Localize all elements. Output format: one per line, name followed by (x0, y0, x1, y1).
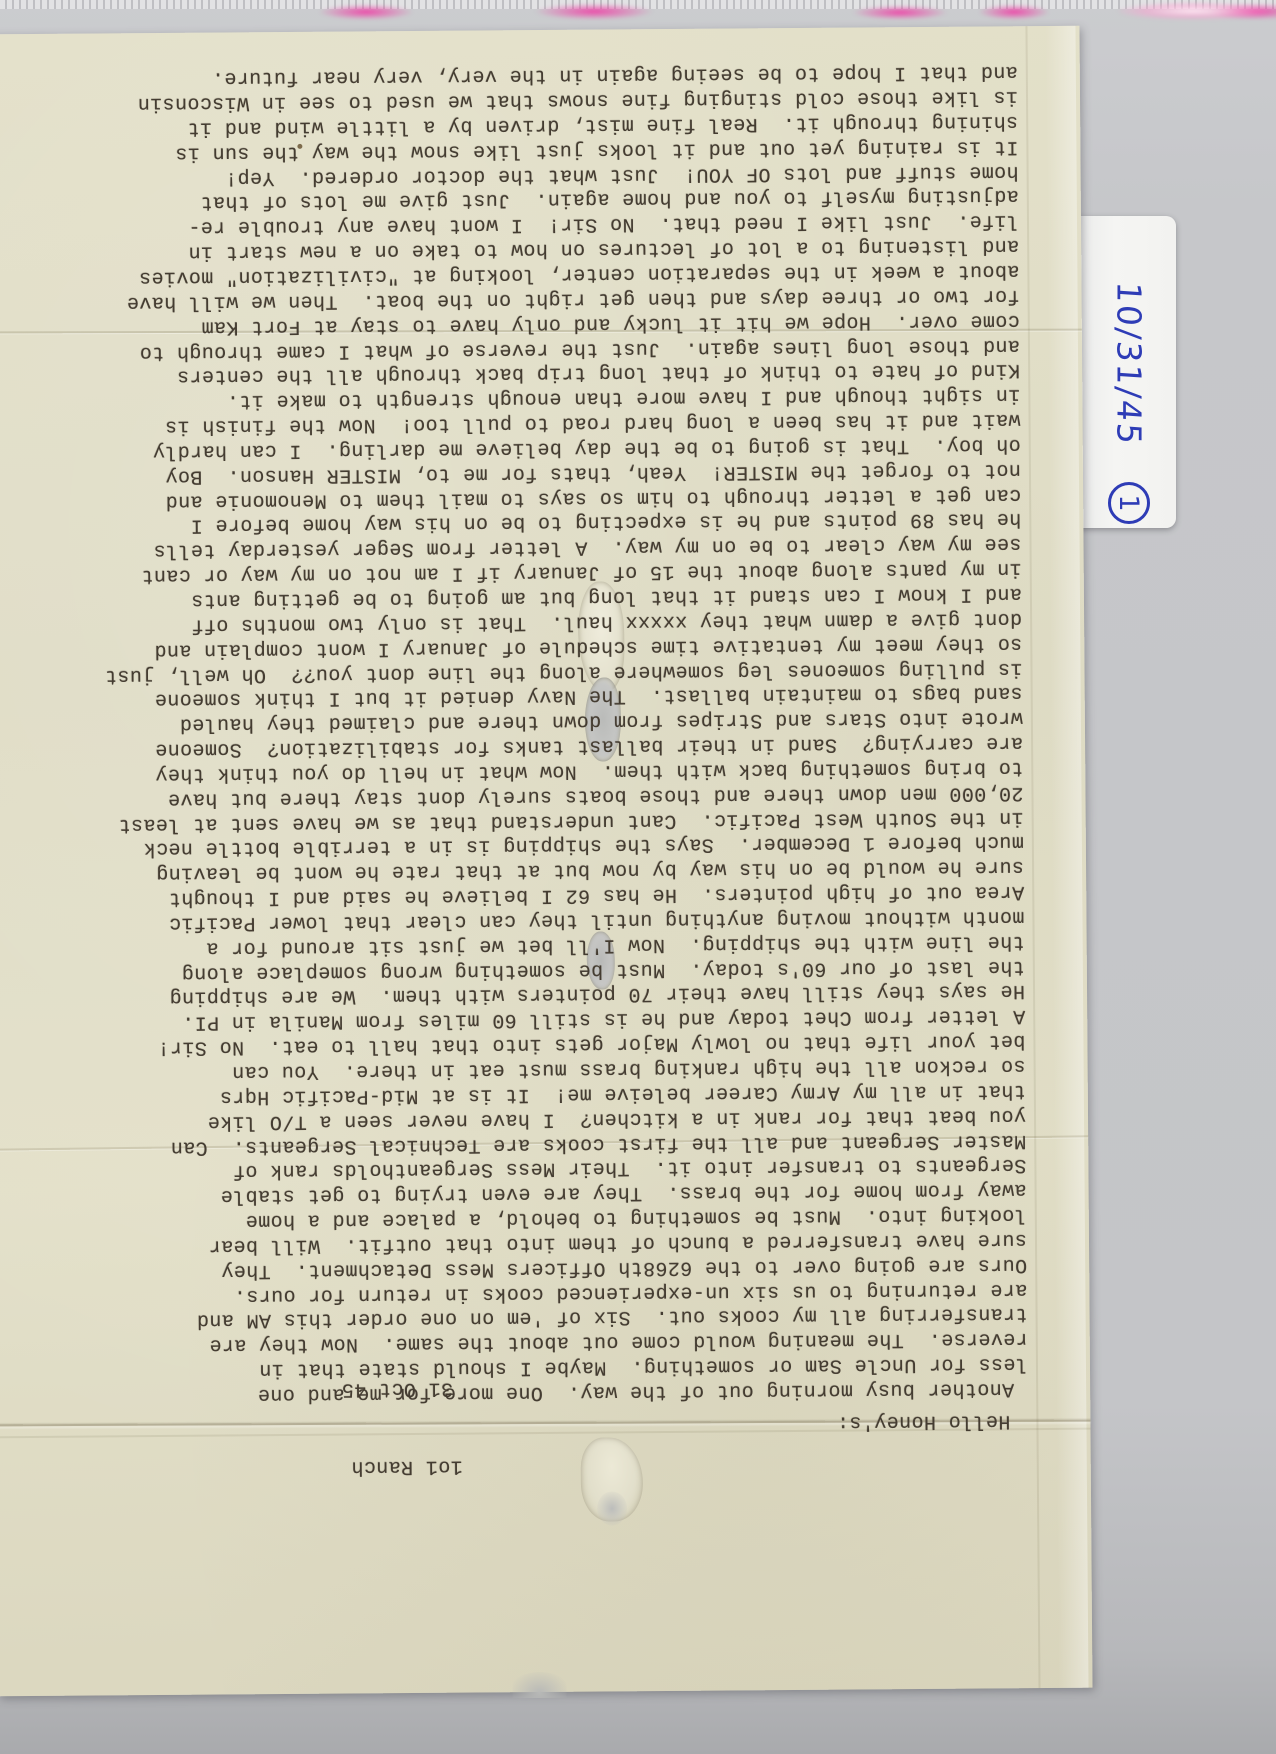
sticky-note-date: 10/31/45 (1109, 281, 1148, 448)
pink-scan-artifact (978, 4, 1050, 20)
sticky-note-page-number: 1 (1108, 482, 1150, 524)
pink-scan-artifact (1118, 2, 1268, 20)
letter-body: Another busy morning out of the way. One… (38, 59, 1029, 1408)
letter-salutation: Hello Honey's: (837, 1409, 1011, 1433)
letter-page: 1o1 Ranch 31 Oct 45 Hello Honey's: Anoth… (0, 26, 1093, 1697)
pink-scan-artifact (318, 4, 414, 20)
pink-scan-artifact (852, 5, 948, 20)
letter-location: 1o1 Ranch (342, 1453, 463, 1480)
letter-content-upside-down: 1o1 Ranch 31 Oct 45 Hello Honey's: Anoth… (0, 26, 1093, 1697)
pink-scan-artifact (534, 3, 654, 20)
scanner-background: 10/31/45 1 1o1 Ranch 31 Oct 45 Hello Hon… (0, 0, 1276, 1754)
